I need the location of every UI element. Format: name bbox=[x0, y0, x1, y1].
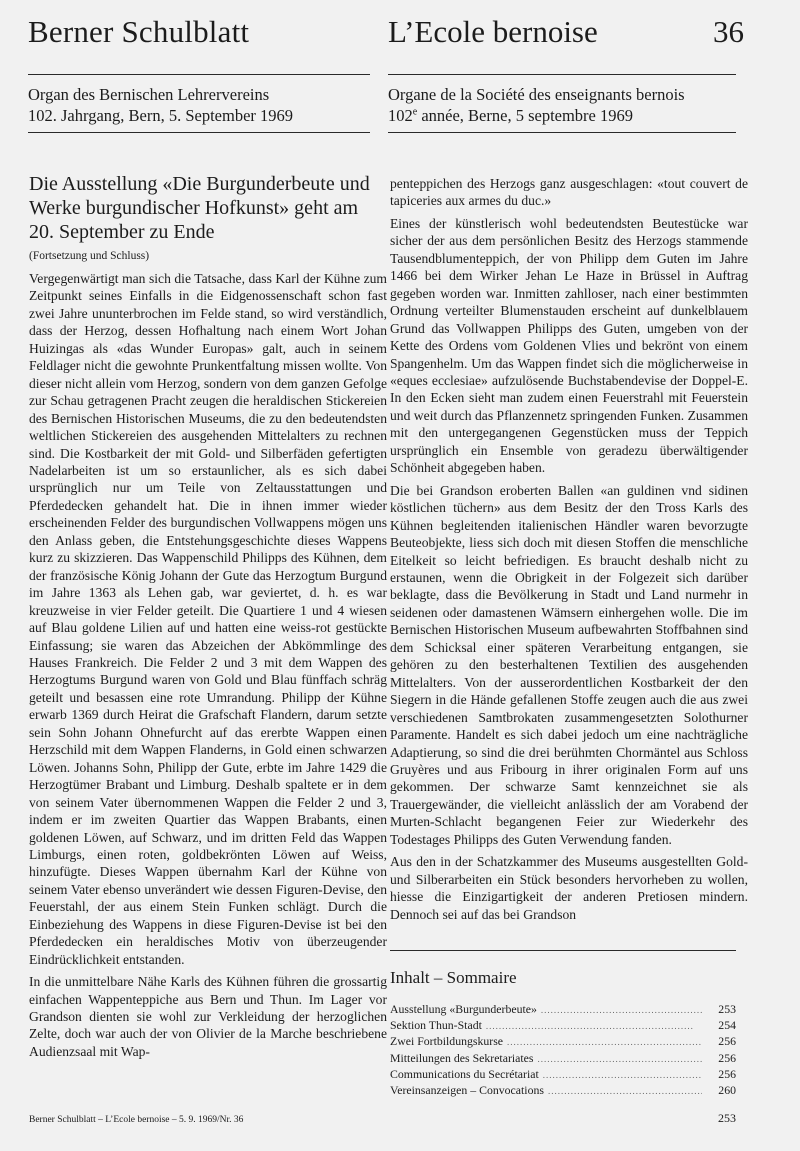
toc-item[interactable]: Vereinsanzeigen – Convocations .........… bbox=[390, 1083, 736, 1099]
subheader-de: Organ des Bernischen Lehrervereins 102. … bbox=[28, 84, 293, 126]
toc-item-page: 256 bbox=[708, 1051, 736, 1066]
toc-leader-dots: ........................................… bbox=[548, 1084, 702, 1099]
subheader-rule-left bbox=[28, 132, 370, 133]
toc-item-page: 253 bbox=[708, 1002, 736, 1017]
toc-item-label: Zwei Fortbildungskurse bbox=[390, 1034, 503, 1049]
subheader-fr: Organe de la Société des enseignants ber… bbox=[388, 84, 685, 126]
toc-leader-dots: ........................................… bbox=[486, 1019, 702, 1034]
masthead-title-de: Berner Schulblatt bbox=[28, 14, 249, 50]
subheader-rule-right bbox=[388, 132, 736, 133]
toc-leader-dots: ........................................… bbox=[543, 1068, 702, 1083]
page-number: 253 bbox=[718, 1111, 736, 1126]
toc-item[interactable]: Communications du Secrétariat ..........… bbox=[390, 1067, 736, 1083]
subheader-fr-year-number: 102 bbox=[388, 106, 413, 125]
table-of-contents: Inhalt – Sommaire Ausstellung «Burgunder… bbox=[390, 968, 736, 1099]
subheader-fr-organ: Organe de la Société des enseignants ber… bbox=[388, 84, 685, 105]
toc-item-page: 256 bbox=[708, 1034, 736, 1049]
footer-citation: Berner Schulblatt – L’Ecole bernoise – 5… bbox=[29, 1115, 243, 1125]
masthead-rule-right bbox=[388, 74, 736, 75]
masthead: Berner Schulblatt L’Ecole bernoise 36 bbox=[28, 14, 744, 54]
article-subtitle: (Fortsetzung und Schluss) bbox=[29, 248, 387, 264]
subheader-de-organ: Organ des Bernischen Lehrervereins bbox=[28, 84, 293, 105]
issue-number: 36 bbox=[713, 14, 744, 50]
masthead-title-fr: L’Ecole bernoise bbox=[388, 14, 598, 50]
toc-leader-dots: ........................................… bbox=[538, 1052, 703, 1067]
toc-item-page: 260 bbox=[708, 1083, 736, 1098]
article-column-left: Die Ausstellung «Die Burgunderbeute und … bbox=[29, 172, 387, 1065]
article-title: Die Ausstellung «Die Burgunderbeute und … bbox=[29, 172, 387, 244]
article-paragraph: Die bei Grandson eroberten Ballen «an gu… bbox=[390, 482, 748, 849]
article-paragraph: penteppichen des Herzogs ganz ausgeschla… bbox=[390, 175, 748, 210]
article-paragraph: Vergegenwärtigt man sich die Tatsache, d… bbox=[29, 270, 387, 968]
article-paragraph: In die unmittelbare Nähe Karls des Kühne… bbox=[29, 973, 387, 1060]
toc-item-label: Ausstellung «Burgunderbeute» bbox=[390, 1002, 537, 1017]
toc-rule bbox=[390, 950, 736, 951]
toc-item-label: Mitteilungen des Sekretariates bbox=[390, 1051, 534, 1066]
subheader-fr-date-text: année, Berne, 5 septembre 1969 bbox=[417, 106, 633, 125]
toc-leader-dots: ........................................… bbox=[541, 1003, 702, 1018]
toc-item[interactable]: Zwei Fortbildungskurse .................… bbox=[390, 1034, 736, 1050]
toc-item-page: 254 bbox=[708, 1018, 736, 1033]
subheader-fr-date: 102e année, Berne, 5 septembre 1969 bbox=[388, 105, 685, 126]
masthead-rule-left bbox=[28, 74, 370, 75]
toc-item-label: Vereinsanzeigen – Convocations bbox=[390, 1083, 544, 1098]
article-paragraph: Aus den in der Schatzkammer des Museums … bbox=[390, 853, 748, 923]
article-column-right: penteppichen des Herzogs ganz ausgeschla… bbox=[390, 175, 748, 928]
toc-item[interactable]: Ausstellung «Burgunderbeute» ...........… bbox=[390, 1002, 736, 1018]
toc-leader-dots: ........................................… bbox=[507, 1035, 702, 1050]
toc-item-label: Communications du Secrétariat bbox=[390, 1067, 539, 1082]
toc-item[interactable]: Mitteilungen des Sekretariates .........… bbox=[390, 1051, 736, 1067]
toc-item-label: Sektion Thun-Stadt bbox=[390, 1018, 482, 1033]
article-paragraph: Eines der künstlerisch wohl bedeutendste… bbox=[390, 215, 748, 477]
toc-item[interactable]: Sektion Thun-Stadt .....................… bbox=[390, 1018, 736, 1034]
subheader-de-date: 102. Jahrgang, Bern, 5. September 1969 bbox=[28, 105, 293, 126]
toc-title: Inhalt – Sommaire bbox=[390, 968, 736, 988]
toc-item-page: 256 bbox=[708, 1067, 736, 1082]
